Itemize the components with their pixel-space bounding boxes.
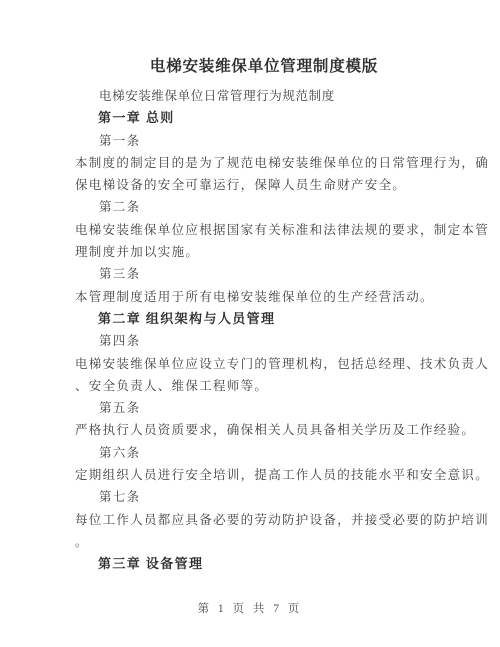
document-line: 第六条	[75, 442, 492, 464]
document-lines: 电梯安装维保单位日常管理行为规范制度第一章 总则第一条本制度的制定目的是为了规范…	[75, 85, 492, 576]
document-line: 电梯安装维保单位应设立专门的管理机构，包括总经理、技术负责人	[75, 353, 492, 375]
document-line: 保电梯设备的安全可靠运行，保障人员生命财产安全。	[75, 174, 492, 196]
document-line: 严格执行人员资质要求，确保相关人员具备相关学历及工作经验。	[75, 419, 492, 441]
document-line: 第一章 总则	[75, 107, 492, 129]
document-line: 第七条	[75, 486, 492, 508]
document-line: 本制度的制定目的是为了规范电梯安装维保单位的日常管理行为，确	[75, 152, 492, 174]
page-footer: 第 1 页 共 7 页	[0, 601, 500, 617]
document-line: 。	[75, 531, 492, 553]
document-line: 第一条	[75, 130, 492, 152]
document-line: 理制度并加以实施。	[75, 241, 492, 263]
document-line: 电梯安装维保单位日常管理行为规范制度	[75, 85, 492, 107]
document-line: 本管理制度适用于所有电梯安装维保单位的生产经营活动。	[75, 286, 492, 308]
document-line: 第二章 组织架构与人员管理	[75, 308, 492, 330]
document-line: 第三条	[75, 263, 492, 285]
document-line: 第二条	[75, 196, 492, 218]
document-page: 电梯安装维保单位管理制度模版 电梯安装维保单位日常管理行为规范制度第一章 总则第…	[0, 0, 500, 647]
document-line: 每位工作人员都应具备必要的劳动防护设备，并接受必要的防护培训	[75, 509, 492, 531]
document-title: 电梯安装维保单位管理制度模版	[0, 56, 500, 78]
document-line: 第三章 设备管理	[75, 553, 492, 575]
document-line: 第四条	[75, 330, 492, 352]
page-number: 第 1 页 共 7 页	[198, 603, 303, 615]
document-line: 、安全负责人、维保工程师等。	[75, 375, 492, 397]
document-line: 第五条	[75, 397, 492, 419]
document-line: 定期组织人员进行安全培训，提高工作人员的技能水平和安全意识。	[75, 464, 492, 486]
document-line: 电梯安装维保单位应根据国家有关标准和法律法规的要求，制定本管	[75, 219, 492, 241]
